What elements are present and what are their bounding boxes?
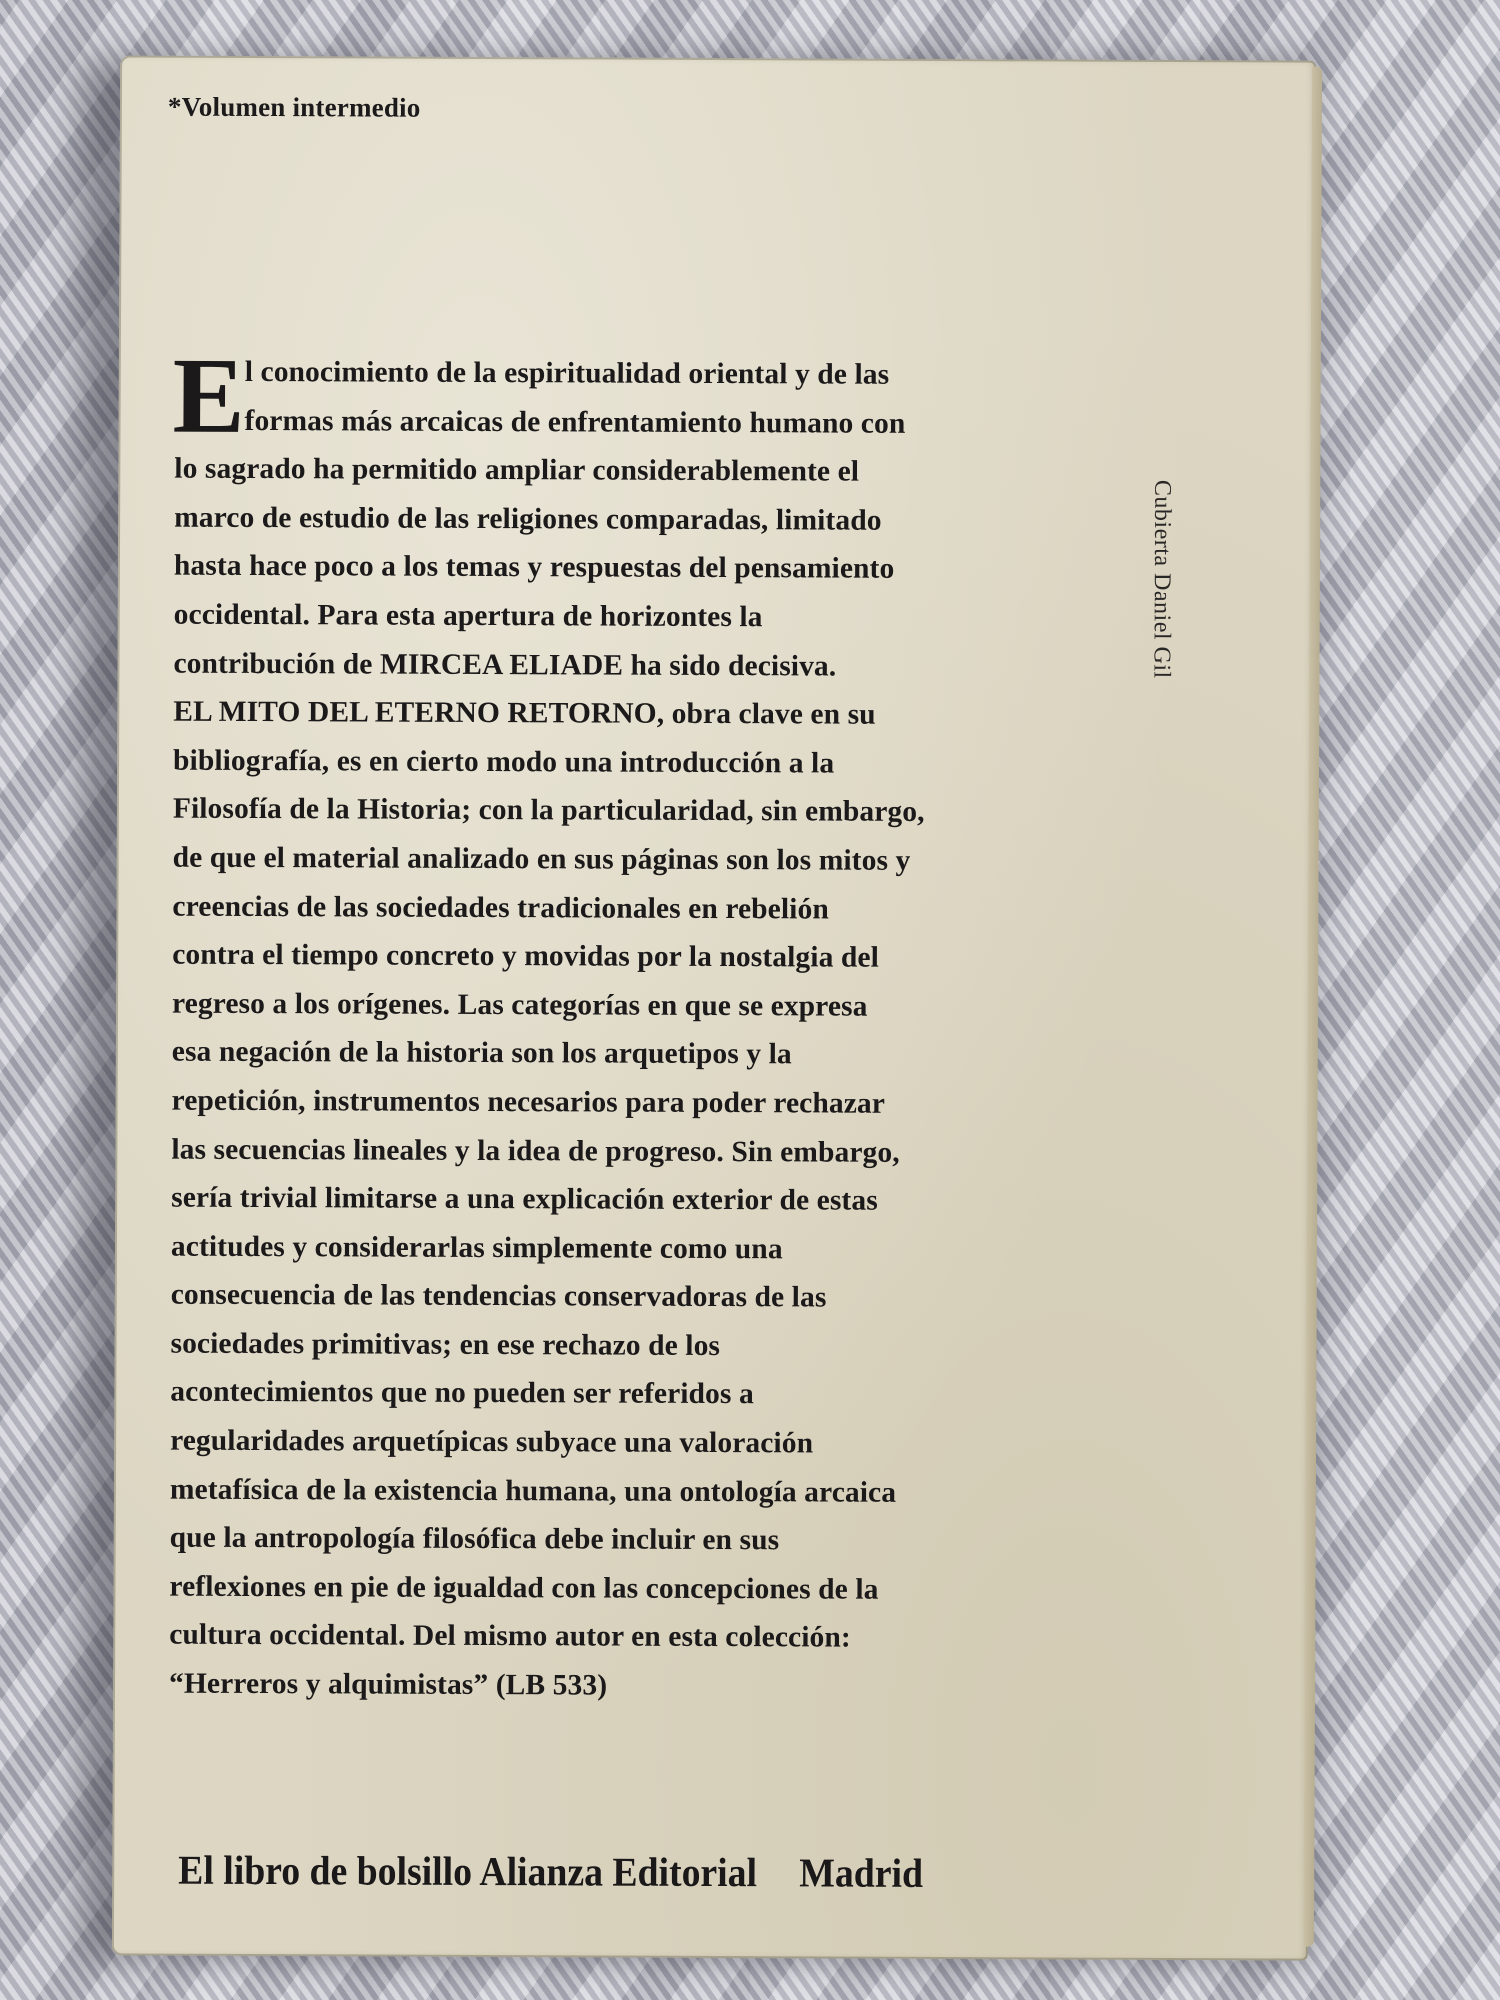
blurb-line: occidental. Para esta apertura de horizo… bbox=[174, 591, 1074, 644]
blurb-line: metafísica de la existencia humana, una … bbox=[170, 1465, 1070, 1518]
blurb-line: reflexiones en pie de igualdad con las c… bbox=[169, 1562, 1069, 1615]
blurb-line: repetición, instrumentos necesarios para… bbox=[171, 1077, 1071, 1130]
blurb-line: actitudes y considerarlas simplemente co… bbox=[171, 1222, 1071, 1275]
volume-label: *Volumen intermedio bbox=[168, 92, 421, 124]
blurb-line: sería trivial limitarse a una explicació… bbox=[171, 1174, 1071, 1227]
publisher-city: Madrid bbox=[799, 1849, 923, 1896]
blurb-line: contra el tiempo concreto y movidas por … bbox=[172, 931, 1072, 984]
blurb-line: regularidades arquetípicas subyace una v… bbox=[170, 1417, 1070, 1470]
blurb-line: formas más arcaicas de enfrentamiento hu… bbox=[174, 396, 1074, 449]
book-page-edge bbox=[1304, 67, 1322, 1947]
blurb-line: hasta hace poco a los temas y respuestas… bbox=[174, 542, 1074, 595]
blurb-line: contribución de MIRCEA ELIADE ha sido de… bbox=[173, 639, 1073, 692]
cover-credit: Cubierta Daniel Gil bbox=[1147, 480, 1175, 679]
blurb-line: l conocimiento de la espiritualidad orie… bbox=[175, 348, 1075, 401]
blurb-line: esa negación de la historia son los arqu… bbox=[172, 1028, 1072, 1081]
blurb-line: EL MITO DEL ETERNO RETORNO, obra clave e… bbox=[173, 688, 1073, 741]
blurb-line: que la antropología filosófica debe incl… bbox=[170, 1514, 1070, 1567]
blurb-line: consecuencia de las tendencias conservad… bbox=[171, 1271, 1071, 1324]
blurb-line: bibliografía, es en cierto modo una intr… bbox=[173, 736, 1073, 789]
blurb-line: las secuencias lineales y la idea de pro… bbox=[171, 1125, 1071, 1178]
blurb-line: de que el material analizado en sus pági… bbox=[173, 834, 1073, 887]
collection-name: El libro de bolsillo Alianza Editorial bbox=[178, 1847, 757, 1896]
blurb-line: cultura occidental. Del mismo autor en e… bbox=[169, 1611, 1069, 1664]
blurb-line: regreso a los orígenes. Las categorías e… bbox=[172, 979, 1072, 1032]
book-back-cover: *Volumen intermedio E l conocimiento de … bbox=[112, 55, 1316, 1960]
blurb-line-related-work: “Herreros y alquimistas” (LB 533) bbox=[169, 1660, 1069, 1713]
blurb-line: acontecimientos que no pueden ser referi… bbox=[170, 1368, 1070, 1421]
blurb-line: creencias de las sociedades tradicionale… bbox=[172, 882, 1072, 935]
blurb-line: sociedades primitivas; en ese rechazo de… bbox=[170, 1320, 1070, 1373]
blurb-line: marco de estudio de las religiones compa… bbox=[174, 493, 1074, 546]
blurb-line: lo sagrado ha permitido ampliar consider… bbox=[174, 445, 1074, 498]
blurb-line: Filosofía de la Historia; con la particu… bbox=[173, 785, 1073, 838]
blurb-text: l conocimiento de la espiritualidad orie… bbox=[169, 348, 1075, 1713]
publisher-footer: El libro de bolsillo Alianza EditorialMa… bbox=[178, 1846, 923, 1897]
